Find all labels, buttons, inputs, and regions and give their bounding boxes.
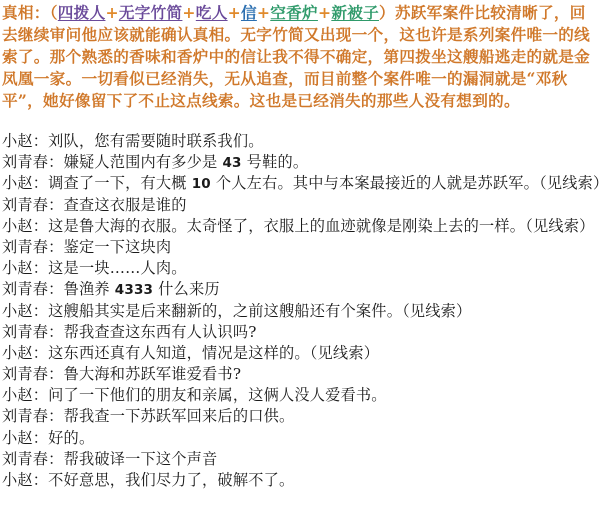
speaker: 小赵 xyxy=(2,386,33,404)
speaker: 刘青春 xyxy=(2,238,48,256)
speaker: 小赵 xyxy=(2,217,33,235)
utterance: 这东西还真有人知道，情况是这样的。（见线索） xyxy=(48,344,379,362)
dialog-line: 小赵：刘队，您有需要随时联系我们。 xyxy=(2,131,600,152)
utterance: 嫌疑人范围内有多少是 xyxy=(64,153,223,171)
truth-paragraph: 真相：（四拨人+无字竹简+吃人+信+空香炉+新被子）苏跃军案件比较清晰了，回去继… xyxy=(2,2,598,112)
speaker: 刘青春 xyxy=(2,196,48,214)
dialog-line: 小赵：这是鲁大海的衣服。太奇怪了，衣服上的血迹就像是刚染上去的一样。（见线索） xyxy=(2,216,600,237)
utterance: 调查了一下，有大概 xyxy=(48,174,192,192)
dialog-line: 小赵：这是一块……人肉。 xyxy=(2,258,600,279)
shoe-size-number: 43 xyxy=(222,155,241,171)
dialog-line: 刘青春：嫌疑人范围内有多少是 43 号鞋的。 xyxy=(2,152,600,173)
utterance: 不好意思，我们尽力了，破解不了。 xyxy=(48,471,294,489)
dialog-line: 小赵：问了一下他们的朋友和亲属，这俩人没人爱看书。 xyxy=(2,385,600,406)
clue-link-chiren[interactable]: 吃人 xyxy=(196,3,228,22)
speaker: 小赵 xyxy=(2,344,33,362)
plus-separator: + xyxy=(228,3,241,22)
plus-separator: + xyxy=(182,3,195,22)
boat-number: 4333 xyxy=(115,282,153,298)
utterance: 这是一块……人肉。 xyxy=(48,259,187,277)
utterance: 鲁大海和苏跃军谁爱看书? xyxy=(64,365,242,383)
dialog-line: 小赵：不好意思，我们尽力了，破解不了。 xyxy=(2,470,600,491)
dialog-line: 刘青春：鉴定一下这块肉 xyxy=(2,237,600,258)
speaker: 刘青春 xyxy=(2,280,48,298)
speaker: 刘青春 xyxy=(2,407,48,425)
dialog-line: 小赵：这东西还真有人知道，情况是这样的。（见线索） xyxy=(2,343,600,364)
clue-link-sibo-ren[interactable]: 四拨人 xyxy=(58,3,106,22)
plus-separator: + xyxy=(318,3,331,22)
speaker: 小赵 xyxy=(2,132,33,150)
clue-link-kong-xianglu[interactable]: 空香炉 xyxy=(270,3,318,22)
utterance: 帮我查查这东西有人认识吗? xyxy=(64,323,257,341)
dialog-line: 刘青春：鲁渔养 4333 什么来历 xyxy=(2,279,600,300)
dialog-line: 小赵：调查了一下，有大概 10 个人左右。其中与本案最接近的人就是苏跃军。（见线… xyxy=(2,173,600,194)
utterance: 鉴定一下这块肉 xyxy=(64,238,172,256)
speaker: 刘青春 xyxy=(2,450,48,468)
speaker: 刘青春 xyxy=(2,153,48,171)
utterance: 好的。 xyxy=(48,429,94,447)
dialog-line: 刘青春：帮我查查这东西有人认识吗? xyxy=(2,322,600,343)
utterance: 这艘船其实是后来翻新的，之前这艘船还有个案件。（见线索） xyxy=(48,302,471,320)
speaker: 小赵 xyxy=(2,259,33,277)
plus-separator: + xyxy=(257,3,270,22)
speaker: 刘青春 xyxy=(2,323,48,341)
dialog-line: 刘青春：鲁大海和苏跃军谁爱看书? xyxy=(2,364,600,385)
utterance: 帮我查一下苏跃军回来后的口供。 xyxy=(64,407,295,425)
dialog-line: 刘青春：帮我查一下苏跃军回来后的口供。 xyxy=(2,406,600,427)
utterance: 查查这衣服是谁的 xyxy=(64,196,187,214)
clue-link-xin[interactable]: 信 xyxy=(241,3,257,22)
speaker: 小赵 xyxy=(2,471,33,489)
dialog-line: 刘青春：帮我破译一下这个声音 xyxy=(2,449,600,470)
dialog-line: 刘青春：查查这衣服是谁的 xyxy=(2,195,600,216)
clue-link-xin-beizi[interactable]: 新被子 xyxy=(331,3,379,22)
utterance: 刘队，您有需要随时联系我们。 xyxy=(48,132,263,150)
speaker: 刘青春 xyxy=(2,365,48,383)
speaker: 小赵 xyxy=(2,174,33,192)
utterance: 帮我破译一下这个声音 xyxy=(64,450,218,468)
speaker: 小赵 xyxy=(2,429,33,447)
speaker: 小赵 xyxy=(2,302,33,320)
dialog-line: 小赵：这艘船其实是后来翻新的，之前这艘船还有个案件。（见线索） xyxy=(2,301,600,322)
truth-prefix: 真相：（ xyxy=(2,3,58,22)
plus-separator: + xyxy=(105,3,118,22)
dialog-list: 小赵：刘队，您有需要随时联系我们。 刘青春：嫌疑人范围内有多少是 43 号鞋的。… xyxy=(2,131,600,491)
utterance: 鲁渔养 xyxy=(64,280,115,298)
utterance: 这是鲁大海的衣服。太奇怪了，衣服上的血迹就像是刚染上去的一样。（见线索） xyxy=(48,217,594,235)
people-count-number: 10 xyxy=(192,176,211,192)
utterance: 问了一下他们的朋友和亲属，这俩人没人爱看书。 xyxy=(48,386,387,404)
clue-link-wuzi-zhujian[interactable]: 无字竹简 xyxy=(119,3,183,22)
dialog-line: 小赵：好的。 xyxy=(2,428,600,449)
